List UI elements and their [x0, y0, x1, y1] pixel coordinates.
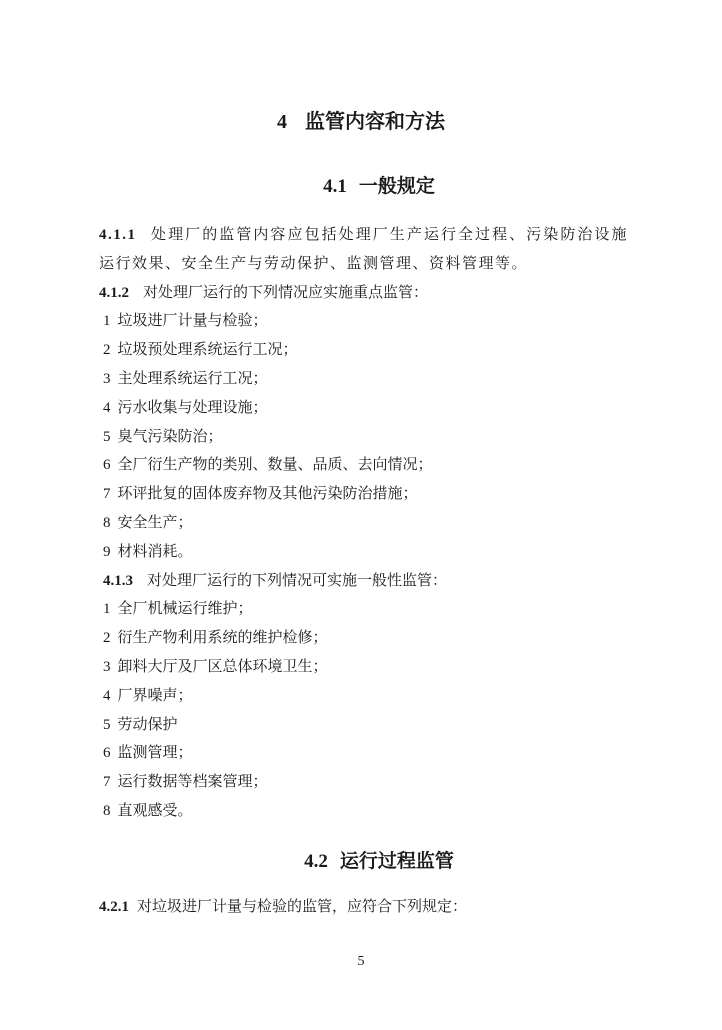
list-item-number: 5	[103, 717, 111, 733]
list-item-number: 4	[103, 688, 111, 704]
page-number: 5	[0, 952, 722, 972]
list-item-text: 垃圾预处理系统运行工况；	[118, 342, 298, 358]
list-item-number: 1	[103, 601, 111, 617]
list-item-text: 卸料大厅及厂区总体环境卫生；	[118, 659, 328, 675]
clause-4-1-3-number: 4.1.3	[103, 573, 133, 589]
section-4-2-heading: 4.2运行过程监管	[36, 849, 722, 875]
list-item: 3卸料大厅及厂区总体环境卫生；	[99, 653, 628, 682]
clause-4-1-3-list: 1全厂机械运行维护； 2衍生产物利用系统的维护检修； 3卸料大厅及厂区总体环境卫…	[99, 595, 628, 825]
list-item-number: 5	[103, 429, 111, 445]
list-item-number: 3	[103, 371, 111, 387]
list-item: 4厂界噪声；	[99, 682, 628, 711]
list-item: 9材料消耗。	[99, 538, 628, 567]
list-item-number: 1	[103, 313, 111, 329]
list-item-text: 衍生产物利用系统的维护检修；	[118, 630, 328, 646]
list-item: 8安全生产；	[99, 509, 628, 538]
list-item-text: 污水收集与处理设施；	[118, 400, 268, 416]
list-item-text: 臭气污染防治；	[118, 429, 223, 445]
clause-4-1-1-text: 处理厂的监管内容应包括处理厂生产运行全过程、污染防治设施运行效果、安全生产与劳动…	[99, 227, 628, 272]
list-item-number: 6	[103, 745, 111, 761]
clause-4-2-1: 4.2.1对垃圾进厂计量与检验的监管，应符合下列规定：	[99, 893, 628, 922]
list-item-text: 直观感受。	[118, 803, 193, 819]
list-item-text: 全厂机械运行维护；	[118, 601, 253, 617]
chapter-heading: 4监管内容和方法	[0, 108, 722, 136]
list-item-text: 劳动保护	[118, 717, 178, 733]
section-4-1-heading: 4.1一般规定	[36, 174, 722, 200]
section-4-1-body: 4.1.1处理厂的监管内容应包括处理厂生产运行全过程、污染防治设施运行效果、安全…	[99, 221, 628, 826]
list-item-number: 7	[103, 486, 111, 502]
clause-4-1-2-list: 1垃圾进厂计量与检验； 2垃圾预处理系统运行工况； 3主处理系统运行工况； 4污…	[99, 307, 628, 566]
clause-4-1-1-number: 4.1.1	[99, 227, 137, 243]
chapter-number: 4	[277, 111, 287, 133]
list-item-text: 材料消耗。	[118, 544, 193, 560]
clause-4-1-3: 4.1.3对处理厂运行的下列情况可实施一般性监管：	[99, 567, 628, 596]
list-item: 4污水收集与处理设施；	[99, 394, 628, 423]
list-item-text: 监测管理；	[118, 745, 193, 761]
list-item: 8直观感受。	[99, 797, 628, 826]
section-4-2-title: 运行过程监管	[340, 851, 454, 872]
clause-4-1-2-text: 对处理厂运行的下列情况应实施重点监管：	[143, 285, 428, 301]
list-item-number: 2	[103, 630, 111, 646]
list-item-number: 8	[103, 515, 111, 531]
list-item-text: 安全生产；	[118, 515, 193, 531]
list-item: 5臭气污染防治；	[99, 423, 628, 452]
list-item: 5劳动保护	[99, 711, 628, 740]
list-item-number: 6	[103, 457, 111, 473]
list-item-text: 主处理系统运行工况；	[118, 371, 268, 387]
list-item-number: 9	[103, 544, 111, 560]
clause-4-1-2-number: 4.1.2	[99, 285, 129, 301]
list-item: 7环评批复的固体废弃物及其他污染防治措施；	[99, 480, 628, 509]
section-4-2-number: 4.2	[304, 851, 328, 872]
chapter-title: 监管内容和方法	[305, 111, 445, 133]
clause-4-2-1-number: 4.2.1	[99, 899, 129, 915]
list-item-text: 环评批复的固体废弃物及其他污染防治措施；	[118, 486, 418, 502]
list-item: 6全厂衍生产物的类别、数量、品质、去向情况；	[99, 451, 628, 480]
list-item-text: 运行数据等档案管理；	[118, 774, 268, 790]
section-4-1-number: 4.1	[323, 176, 347, 197]
list-item-number: 7	[103, 774, 111, 790]
clause-4-1-2: 4.1.2对处理厂运行的下列情况应实施重点监管：	[99, 279, 628, 308]
list-item-text: 厂界噪声；	[118, 688, 193, 704]
clause-4-2-1-text: 对垃圾进厂计量与检验的监管，应符合下列规定：	[137, 899, 467, 915]
list-item-text: 垃圾进厂计量与检验；	[118, 313, 268, 329]
list-item-number: 4	[103, 400, 111, 416]
list-item: 7运行数据等档案管理；	[99, 768, 628, 797]
list-item-number: 8	[103, 803, 111, 819]
list-item-text: 全厂衍生产物的类别、数量、品质、去向情况；	[118, 457, 433, 473]
list-item: 2衍生产物利用系统的维护检修；	[99, 624, 628, 653]
list-item: 1全厂机械运行维护；	[99, 595, 628, 624]
list-item-number: 3	[103, 659, 111, 675]
list-item: 1垃圾进厂计量与检验；	[99, 307, 628, 336]
list-item: 3主处理系统运行工况；	[99, 365, 628, 394]
list-item-number: 2	[103, 342, 111, 358]
clause-4-1-3-text: 对处理厂运行的下列情况可实施一般性监管：	[147, 573, 447, 589]
clause-4-1-1: 4.1.1处理厂的监管内容应包括处理厂生产运行全过程、污染防治设施运行效果、安全…	[99, 221, 628, 279]
list-item: 2垃圾预处理系统运行工况；	[99, 336, 628, 365]
section-4-1-title: 一般规定	[359, 176, 435, 197]
list-item: 6监测管理；	[99, 739, 628, 768]
document-page: 4监管内容和方法 4.1一般规定 4.1.1处理厂的监管内容应包括处理厂生产运行…	[0, 0, 722, 1030]
